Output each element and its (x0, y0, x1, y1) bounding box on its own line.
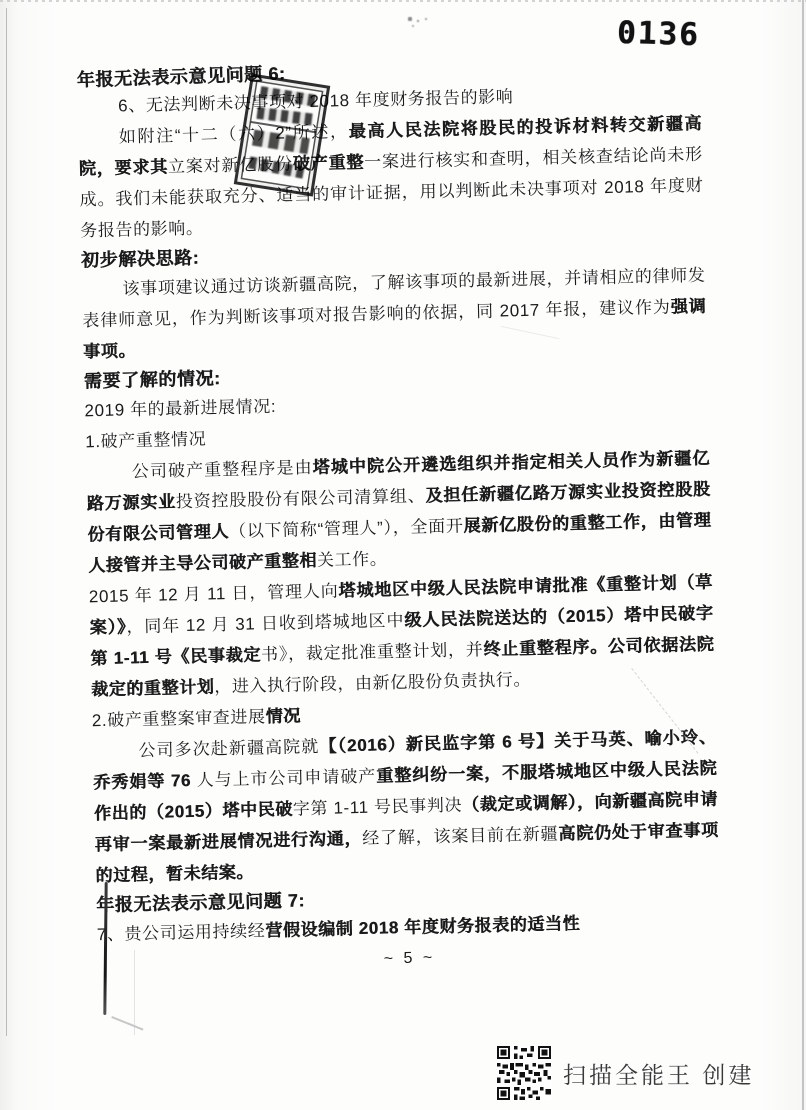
q6-paragraph: 如附注“十二（六）2”所述，最高人民法院将股民的投诉材料转交新疆高院，要求其立案… (78, 108, 705, 247)
scan-fold-tail (111, 1016, 143, 1031)
scan-smudge (408, 17, 412, 21)
document-page: 0136 年报无法表示意见问题 6: 6、无法判断未决事项对 2018 年度财务… (0, 0, 806, 1110)
stamp-glyph-row (248, 156, 305, 178)
scanner-footer: 扫描全能王 创建 (497, 1046, 754, 1100)
item2-paragraph: 公司多次赴新疆高院就【（2016）新民监字第 6 号】关于马英、喻小玲、乔秀娟等… (92, 722, 719, 892)
scan-edge-right (802, 0, 804, 1110)
stamp-glyph-row (260, 86, 317, 107)
scanner-credit-label: 扫描全能王 创建 (563, 1057, 754, 1090)
item1-paragraph1: 公司破产重整程序是由塔城中院公开遴选组织并指定相关人员作为新疆亿路万源实业投资控… (86, 443, 713, 582)
item1-paragraph2: 2015 年 12 月 11 日，管理人向塔城地区中级人民法院申请批准《重整计划… (89, 567, 716, 706)
qr-code (497, 1046, 551, 1100)
scan-fold-ghost (134, 950, 135, 1035)
page-content: 年报无法表示意见问题 6: 6、无法判断未决事项对 2018 年度财务报告的影响… (76, 49, 721, 981)
stamp-glyph-row (252, 130, 310, 155)
solution-paragraph: 该事项建议通过访谈新疆高院，了解该事项的最新进展，并请相应的律师发表律师意见，作… (81, 260, 707, 368)
scan-edge-top (0, 0, 806, 2)
scan-edge-left (6, 8, 7, 1036)
